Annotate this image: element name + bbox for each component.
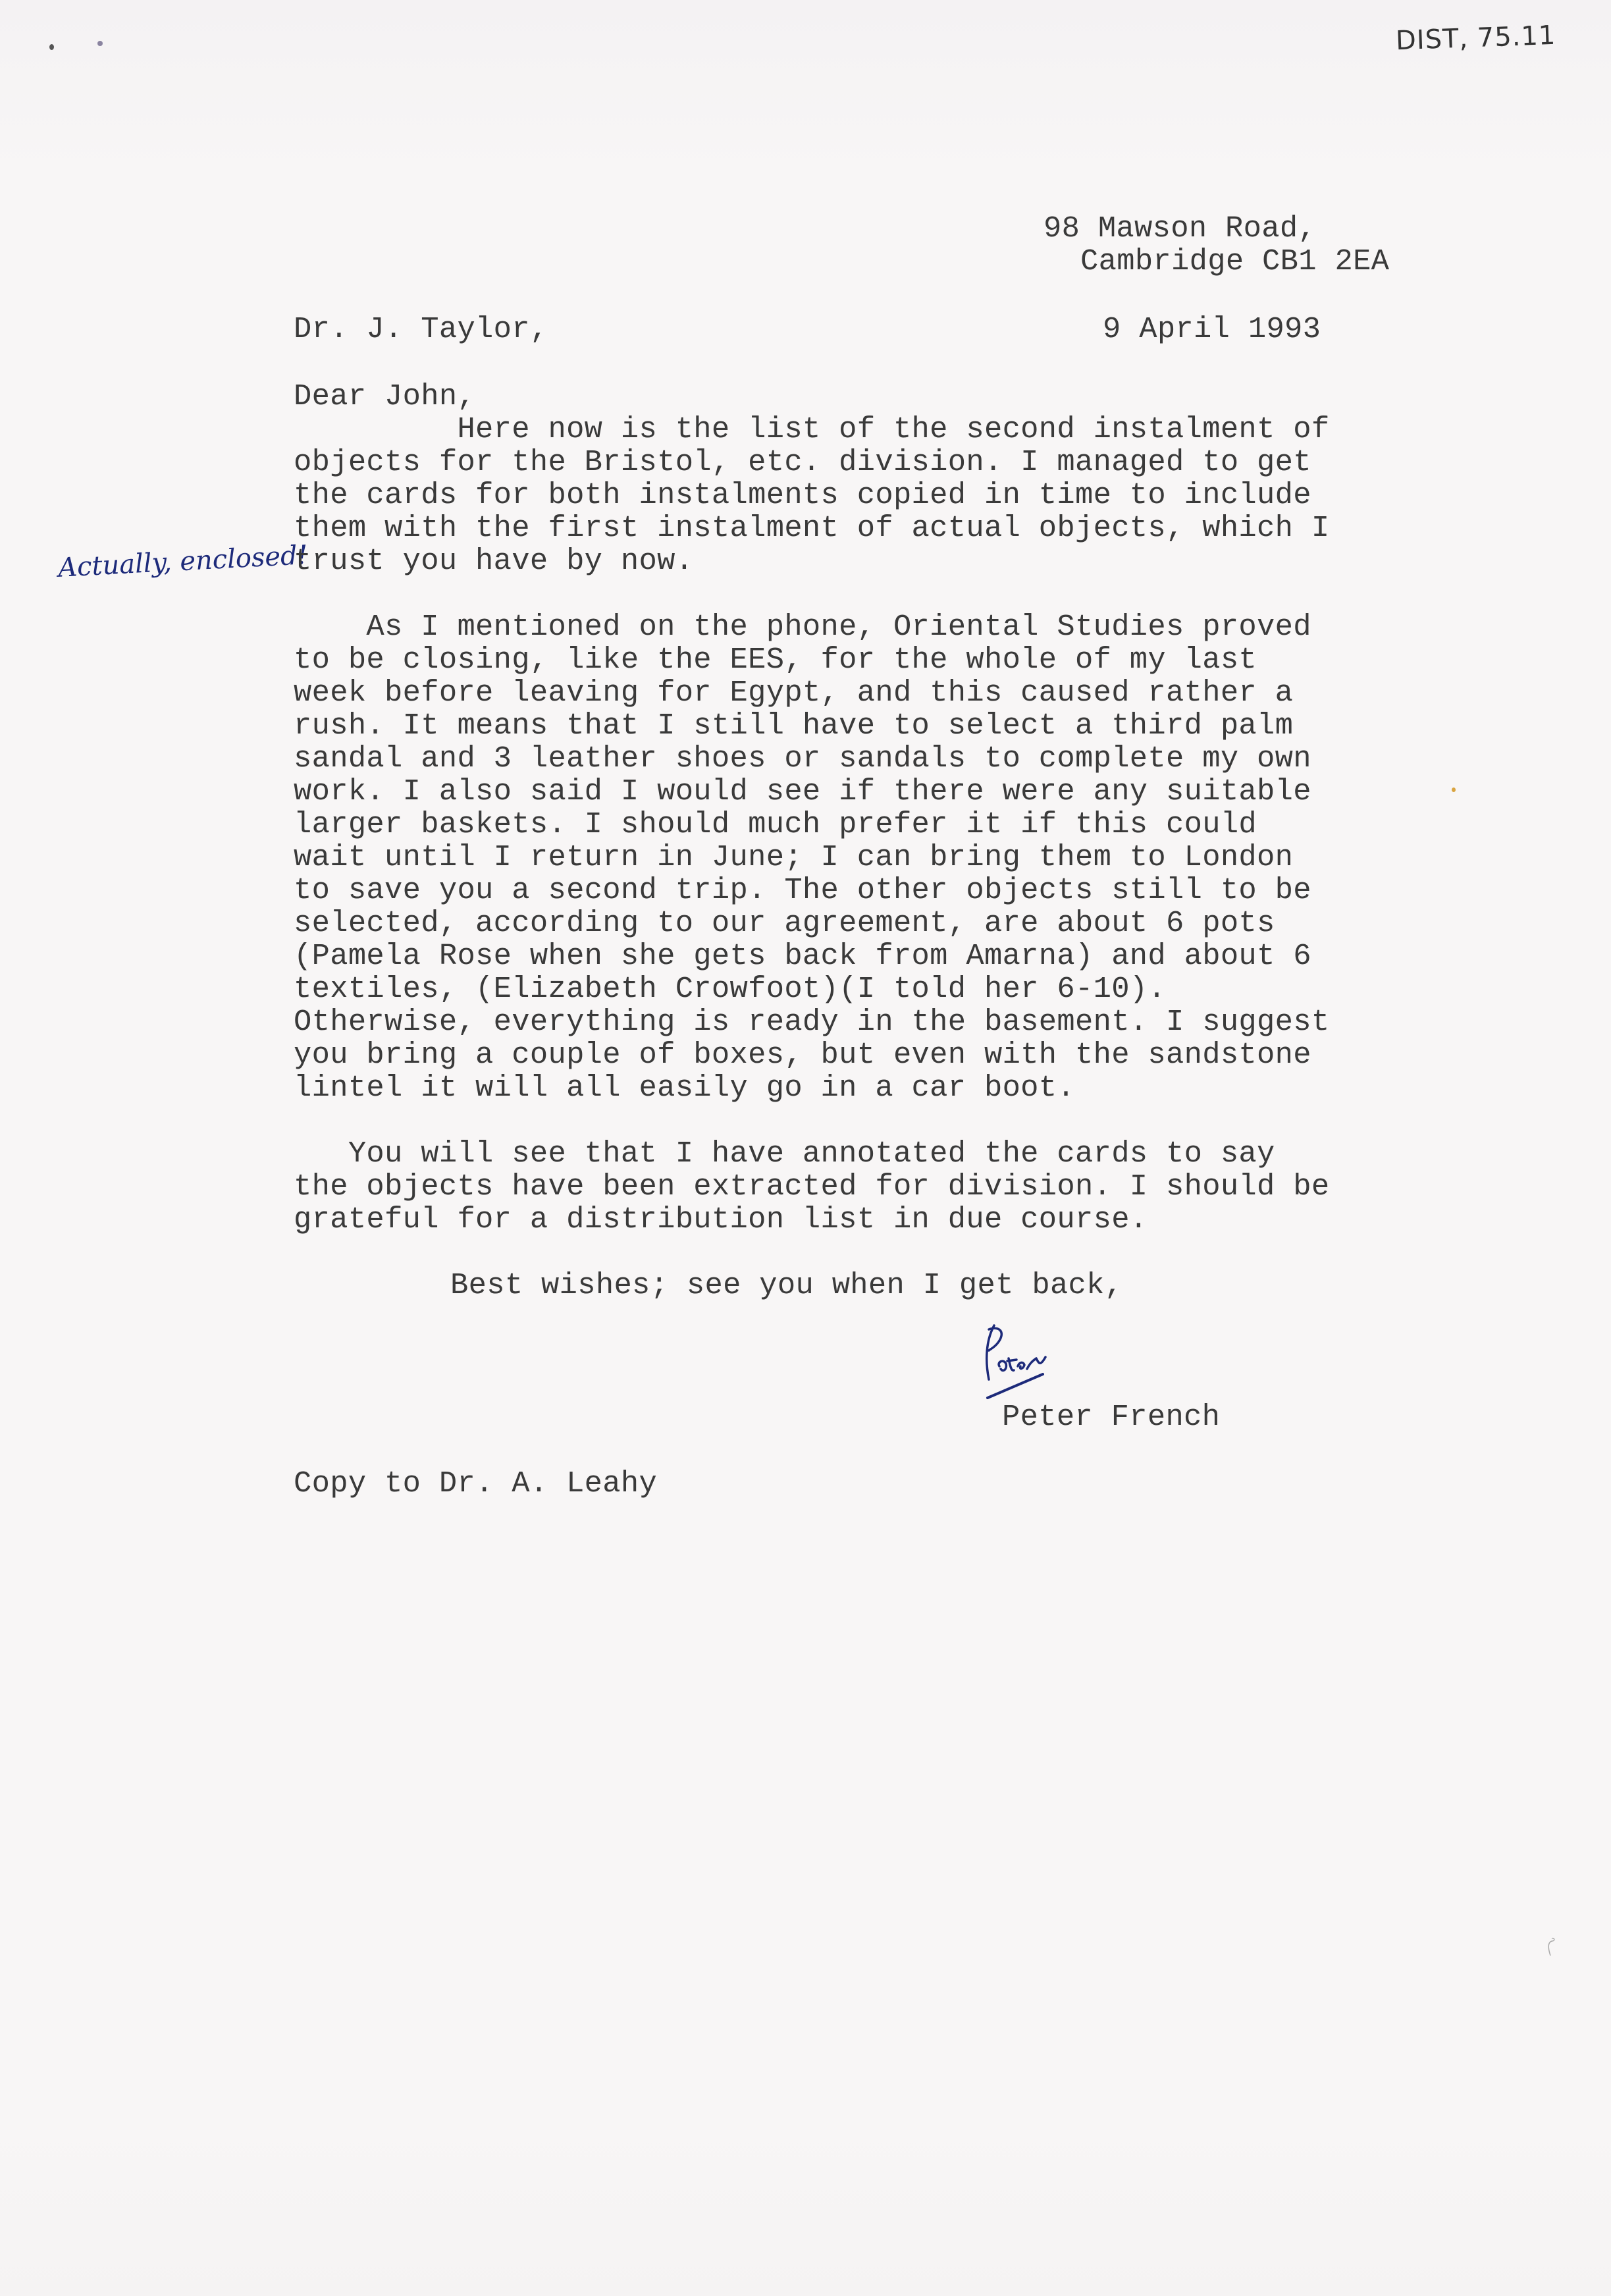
body-line: week before leaving for Egypt, and this …	[294, 676, 1293, 709]
paper-speck	[49, 44, 54, 50]
body-line: textiles, (Elizabeth Crowfoot)(I told he…	[294, 973, 1166, 1005]
body-line: them with the first instalment of actual…	[294, 512, 1329, 545]
recipient: Dr. J. Taylor,	[294, 313, 548, 346]
body-line: grateful for a distribution list in due …	[294, 1203, 1148, 1236]
body-line: lintel it will all easily go in a car bo…	[294, 1071, 1075, 1104]
body-line: selected, according to our agreement, ar…	[294, 907, 1275, 940]
handwritten-signature	[980, 1320, 1072, 1399]
carbon-copy: Copy to Dr. A. Leahy	[294, 1467, 657, 1500]
body-line: the objects have been extracted for divi…	[294, 1170, 1329, 1203]
body-line: to be closing, like the EES, for the who…	[294, 643, 1257, 676]
letter-page: DIST, 75.11 98 Mawson Road, Cambridge CB…	[0, 0, 1611, 2296]
sender-address-line2: Cambridge CB1 2EA	[1080, 245, 1389, 278]
paper-speck	[97, 41, 103, 46]
body-line: sandal and 3 leather shoes or sandals to…	[294, 742, 1311, 775]
margin-note: Actually, enclosed!	[57, 540, 309, 583]
signatory-name: Peter French	[1002, 1401, 1220, 1433]
body-line: to save you a second trip. The other obj…	[294, 874, 1311, 907]
sender-address-line1: 98 Mawson Road,	[1043, 212, 1316, 245]
letter-date: 9 April 1993	[1103, 313, 1321, 346]
body-line: objects for the Bristol, etc. division. …	[294, 446, 1311, 479]
closing: Best wishes; see you when I get back,	[450, 1269, 1122, 1302]
body-line: wait until I return in June; I can bring…	[294, 841, 1293, 874]
body-line: Otherwise, everything is ready in the ba…	[294, 1005, 1329, 1038]
body-line: you bring a couple of boxes, but even wi…	[294, 1038, 1311, 1071]
body-line: trust you have by now.	[294, 545, 693, 577]
body-line: (Pamela Rose when she gets back from Ama…	[294, 940, 1311, 973]
paper-speck	[1452, 788, 1456, 792]
body-line: larger baskets. I should much prefer it …	[294, 808, 1257, 841]
body-line: You will see that I have annotated the c…	[294, 1137, 1275, 1170]
body-line: Here now is the list of the second insta…	[294, 413, 1329, 446]
body-line: the cards for both instalments copied in…	[294, 479, 1311, 512]
body-line: As I mentioned on the phone, Oriental St…	[294, 610, 1311, 643]
salutation: Dear John,	[294, 380, 475, 413]
paper-hair-mark	[1544, 1936, 1557, 1958]
body-line: work. I also said I would see if there w…	[294, 775, 1311, 808]
body-line: rush. It means that I still have to sele…	[294, 709, 1293, 742]
reference-annotation: DIST, 75.11	[1395, 20, 1556, 56]
